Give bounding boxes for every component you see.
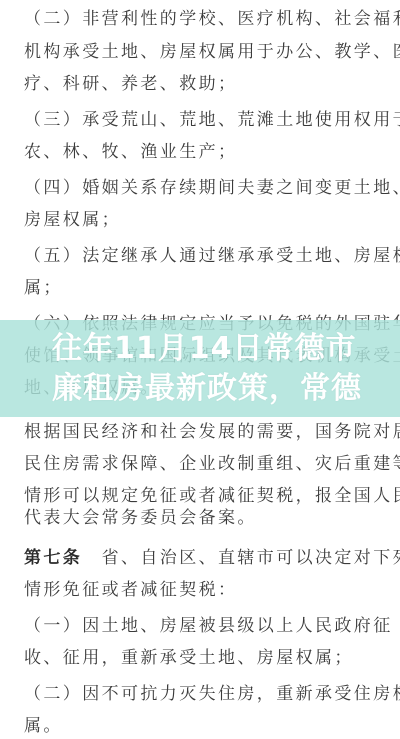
doc-line: 根据国民经济和社会发展的需要，国务院对居 (24, 421, 384, 443)
doc-line: 民住房需求保障、企业改制重组、灾后重建等 (24, 453, 384, 475)
doc-line: （四）婚姻关系存续期间夫妻之间变更土地、 (24, 177, 384, 199)
doc-line: 属。 (24, 715, 384, 737)
doc-line: 收、征用，重新承受土地、房屋权属； (24, 647, 384, 669)
doc-line: （一）因土地、房屋被县级以上人民政府征 (24, 615, 384, 637)
doc-line: 情形免征或者减征契税： (24, 579, 384, 601)
doc-line: 房屋权属； (24, 209, 384, 231)
doc-line: 代表大会常务委员会备案。 (24, 507, 384, 529)
doc-line: （五）法定继承人通过继承承受土地、房屋权 (24, 245, 384, 267)
banner-title-line-1: 往年11月14日常德市 (52, 332, 400, 366)
doc-line: 农、林、牧、渔业生产； (24, 141, 384, 163)
doc-line: （二）非营利性的学校、医疗机构、社会福利 (24, 8, 384, 30)
article-seven-line: 第七条 省、自治区、直辖市可以决定对下列 (24, 547, 384, 569)
doc-line: 情形可以规定免征或者减征契税，报全国人民 (24, 485, 384, 507)
banner-title-line-2: 廉租房最新政策，常德 (52, 372, 400, 406)
doc-line: 疗、科研、养老、救助； (24, 73, 384, 95)
title-overlay-banner: 往年11月14日常德市 廉租房最新政策，常德 (0, 320, 400, 417)
doc-line: 机构承受土地、房屋权属用于办公、教学、医 (24, 41, 384, 63)
doc-line: （二）因不可抗力灭失住房，重新承受住房权 (24, 683, 384, 705)
article-number: 第七条 (24, 548, 102, 568)
article-text: 省、自治区、直辖市可以决定对下列 (102, 548, 400, 568)
doc-line: （三）承受荒山、荒地、荒滩土地使用权用于 (24, 109, 384, 131)
doc-line: 属； (24, 277, 384, 299)
